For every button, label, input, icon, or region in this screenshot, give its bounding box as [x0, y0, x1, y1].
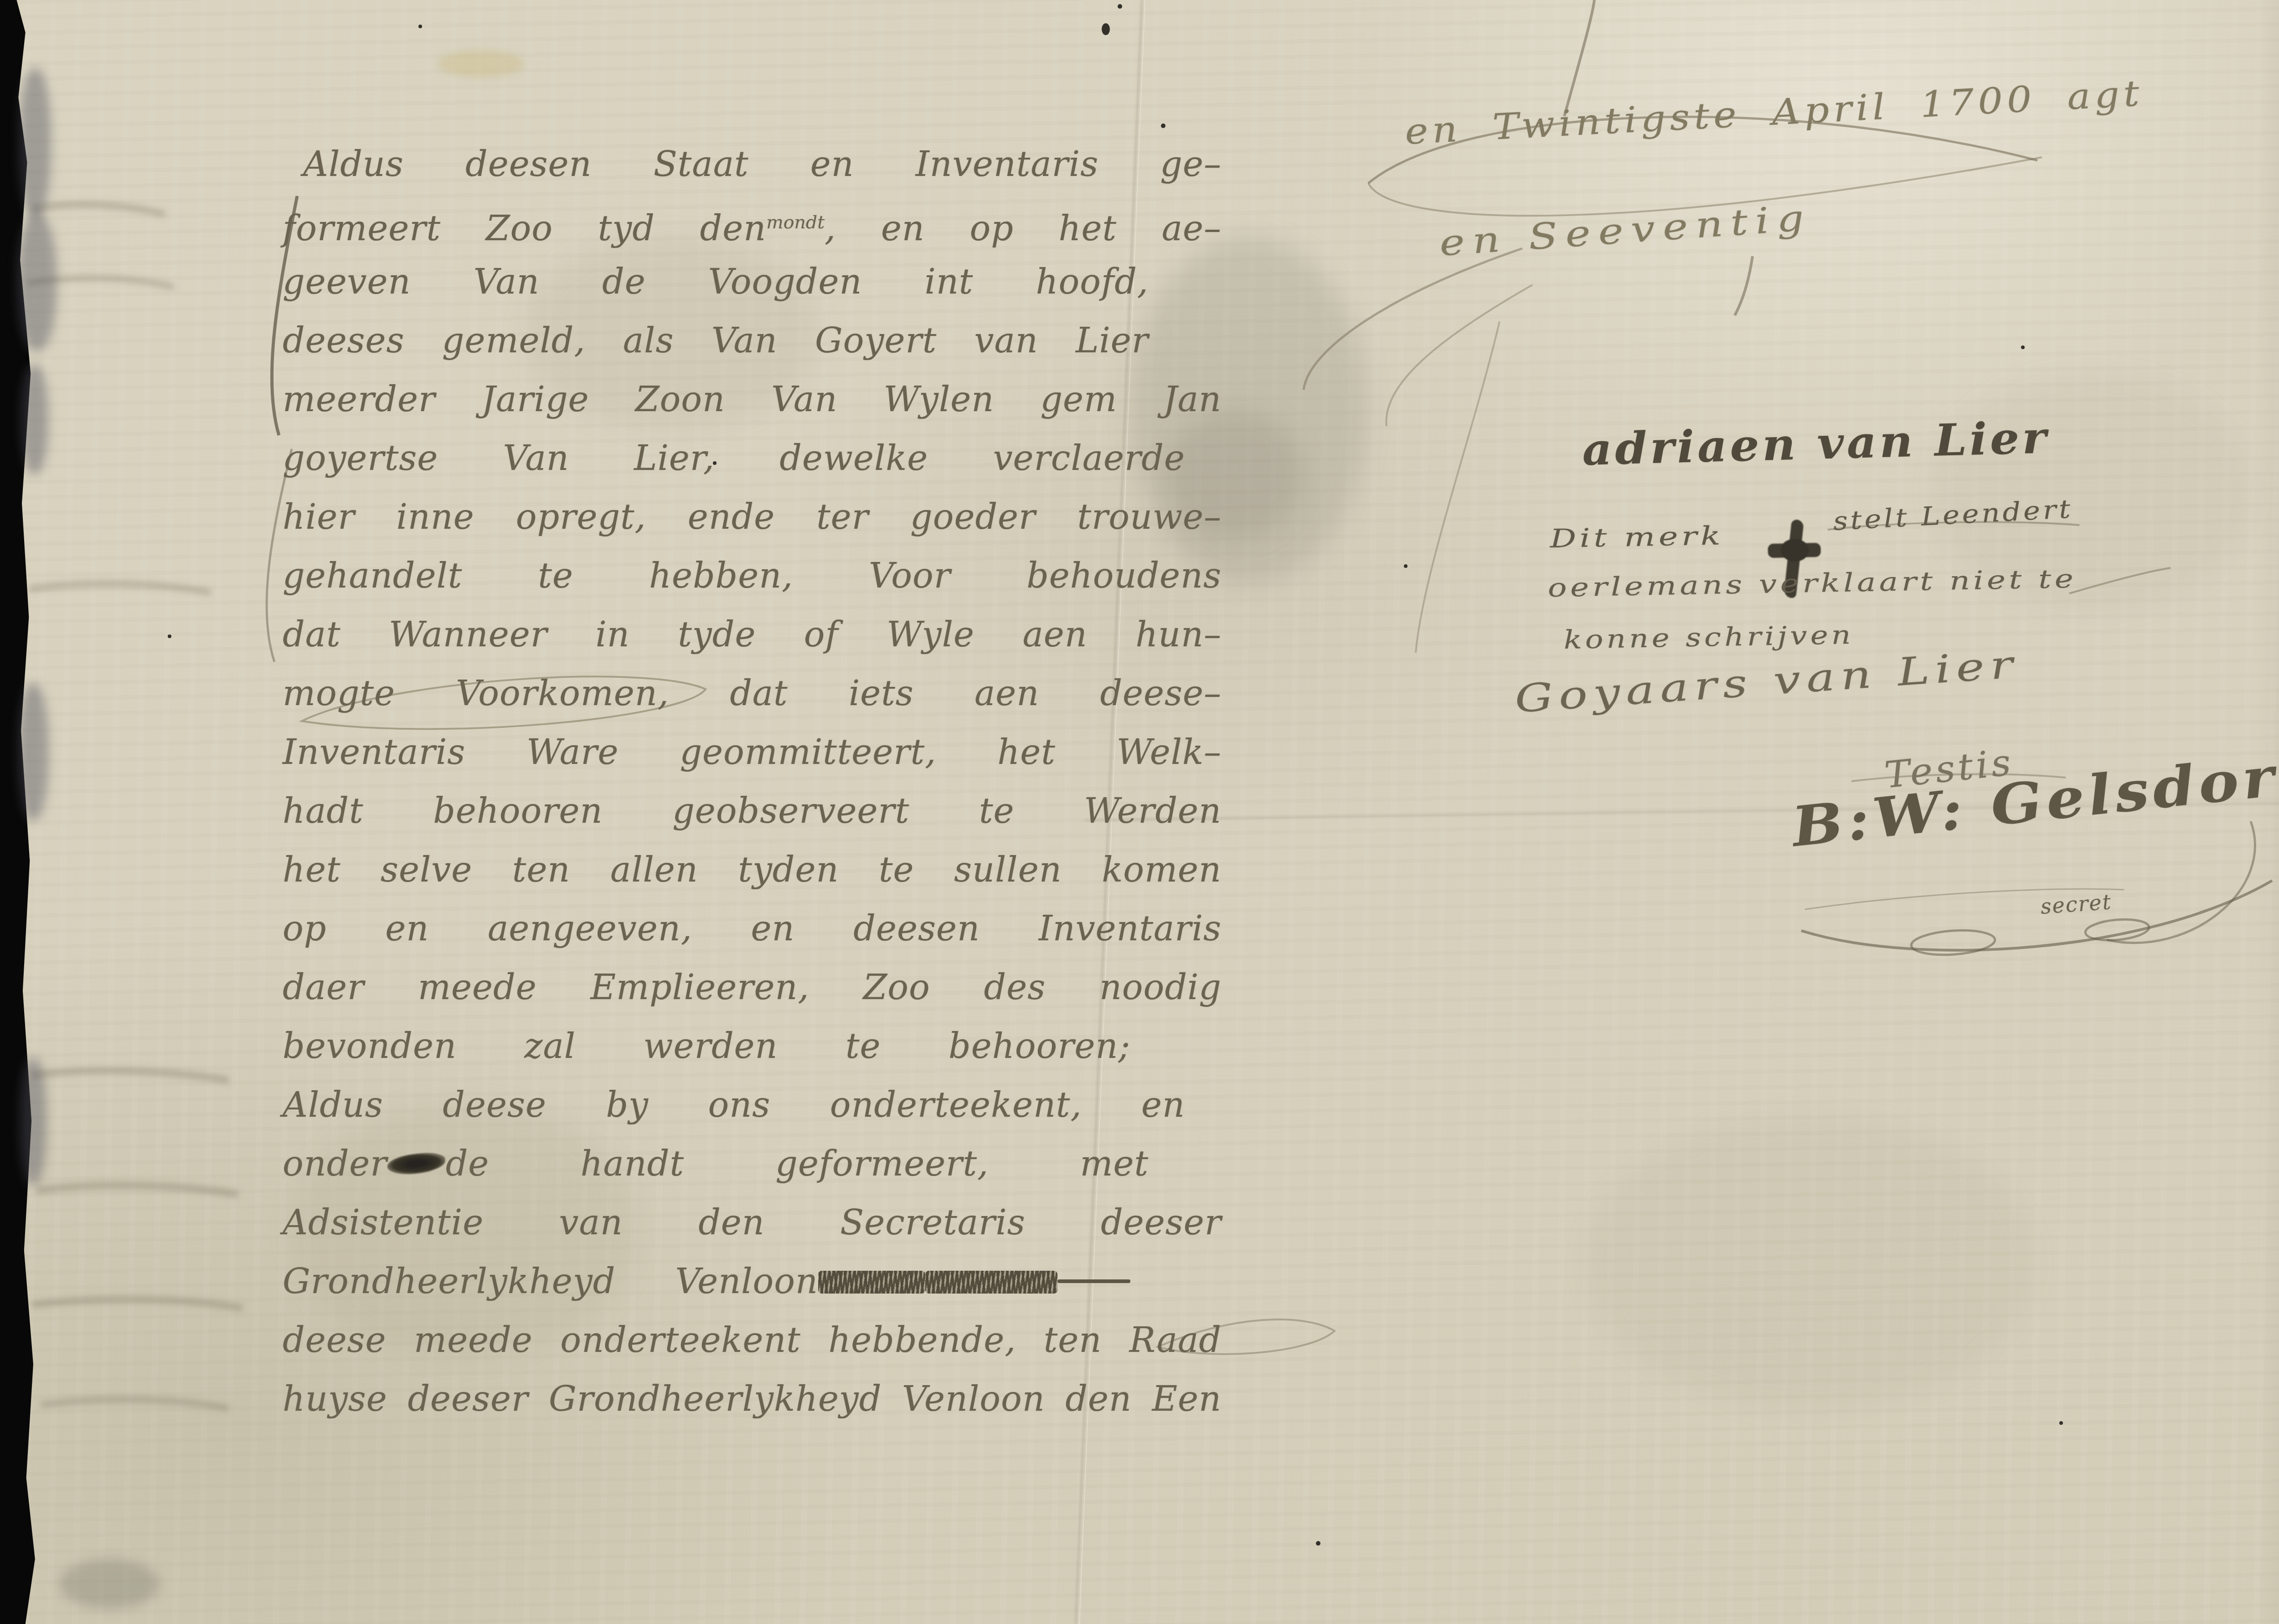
manuscript-line: deese meede onderteekent hebbende, ten R… — [283, 1310, 1222, 1369]
stain-smudge — [59, 1559, 160, 1609]
manuscript-line: Aldus deesen Staat en Inventaris ge– — [283, 134, 1222, 193]
mark-statement-line-2: oerlemans verklaart niet te — [1547, 564, 2077, 603]
scan-edge-fringe — [18, 684, 48, 820]
cross-center-blob — [1780, 538, 1810, 562]
scribbled-out-word — [818, 1271, 925, 1294]
manuscript-line: Grondheerlykheyd Venloon — [283, 1252, 1130, 1310]
secretary-title-abbreviation: secret — [2040, 889, 2113, 919]
manuscript-line: op en aengeeven, en deesen Inventaris — [283, 899, 1222, 958]
signature-secretary-gelsdorp: B:W: Gelsdorp — [1789, 739, 2279, 859]
manuscript-line: formeert Zoo tyd denmondt, en op het ae– — [283, 193, 1222, 252]
manuscript-line: daer meede Emplieeren, Zoo des noodig — [283, 958, 1222, 1016]
manuscript-line: dat Wanneer in tyde of Wyle aen hun– — [283, 605, 1222, 664]
stain-smudge — [1586, 1117, 2033, 1408]
signature-adriaen-van-lier: adriaen van Lier — [1582, 412, 2050, 475]
manuscript-line: hadt behooren geobserveert te Werden — [283, 781, 1222, 840]
mark-statement-line-3: konne schrijven — [1563, 620, 1854, 655]
scan-edge-fringe — [19, 68, 51, 219]
manuscript-line: Inventaris Ware geommitteert, het Welk– — [283, 722, 1222, 781]
line-text: de handt geformeert, met — [446, 1143, 1149, 1184]
manuscript-line: onderde handt geformeert, met — [283, 1134, 1149, 1193]
mark-statement-left: Dit merk — [1550, 521, 1724, 554]
line-text: formeert Zoo tyd den — [283, 208, 766, 248]
scribbled-out-word — [925, 1271, 1057, 1294]
mark-statement-right: stelt Leendert — [1832, 494, 2074, 536]
manuscript-text-block: Aldus deesen Staat en Inventaris ge– for… — [283, 134, 1222, 1428]
right-edge-shadow — [2258, 0, 2279, 1624]
scan-edge-fringe — [17, 214, 57, 351]
stain-yellow — [438, 50, 524, 77]
line-text: onder — [283, 1143, 387, 1184]
manuscript-line: geeven Van de Voogden int hoofd, — [283, 252, 1149, 311]
manuscript-line: mogte Voorkomen, dat iets aen deese– — [283, 664, 1222, 722]
scan-edge-fringe — [20, 1057, 46, 1185]
superscript-insertion: mondt — [766, 212, 825, 233]
scan-edge-fringe — [21, 365, 48, 474]
scribble-dash — [1057, 1279, 1130, 1283]
line-text: , en op het ae– — [825, 208, 1222, 248]
manuscript-line: huyse deeser Grondheerlykheyd Venloon de… — [283, 1369, 1222, 1428]
manuscript-line: gehandelt te hebben, Voor behoudens — [283, 546, 1222, 605]
manuscript-line: Aldus deese by ons onderteekent, en — [283, 1075, 1185, 1134]
manuscript-line: deeses gemeld, als Van Goyert van Lier — [283, 311, 1149, 370]
manuscript-line: hier inne opregt, ende ter goeder trouwe… — [283, 487, 1222, 546]
ink-blot — [386, 1151, 446, 1176]
manuscript-line: bevonden zal werden te behooren; — [283, 1016, 1130, 1075]
manuscript-line: meerder Jarige Zoon Van Wylen gem Jan — [283, 370, 1222, 428]
manuscript-scan: Aldus deesen Staat en Inventaris ge– for… — [0, 0, 2279, 1624]
manuscript-line: goyertse Van Lier, dewelke verclaerde — [283, 428, 1185, 487]
line-text: Grondheerlykheyd Venloon — [283, 1261, 818, 1301]
manuscript-line: het selve ten allen tyden te sullen kome… — [283, 840, 1222, 899]
date-line-2: en Seeventig — [1438, 197, 1813, 264]
date-line-1: en Twintigste April 1700 agt — [1404, 73, 2144, 153]
manuscript-line: Adsistentie van den Secretaris deeser — [283, 1193, 1222, 1252]
